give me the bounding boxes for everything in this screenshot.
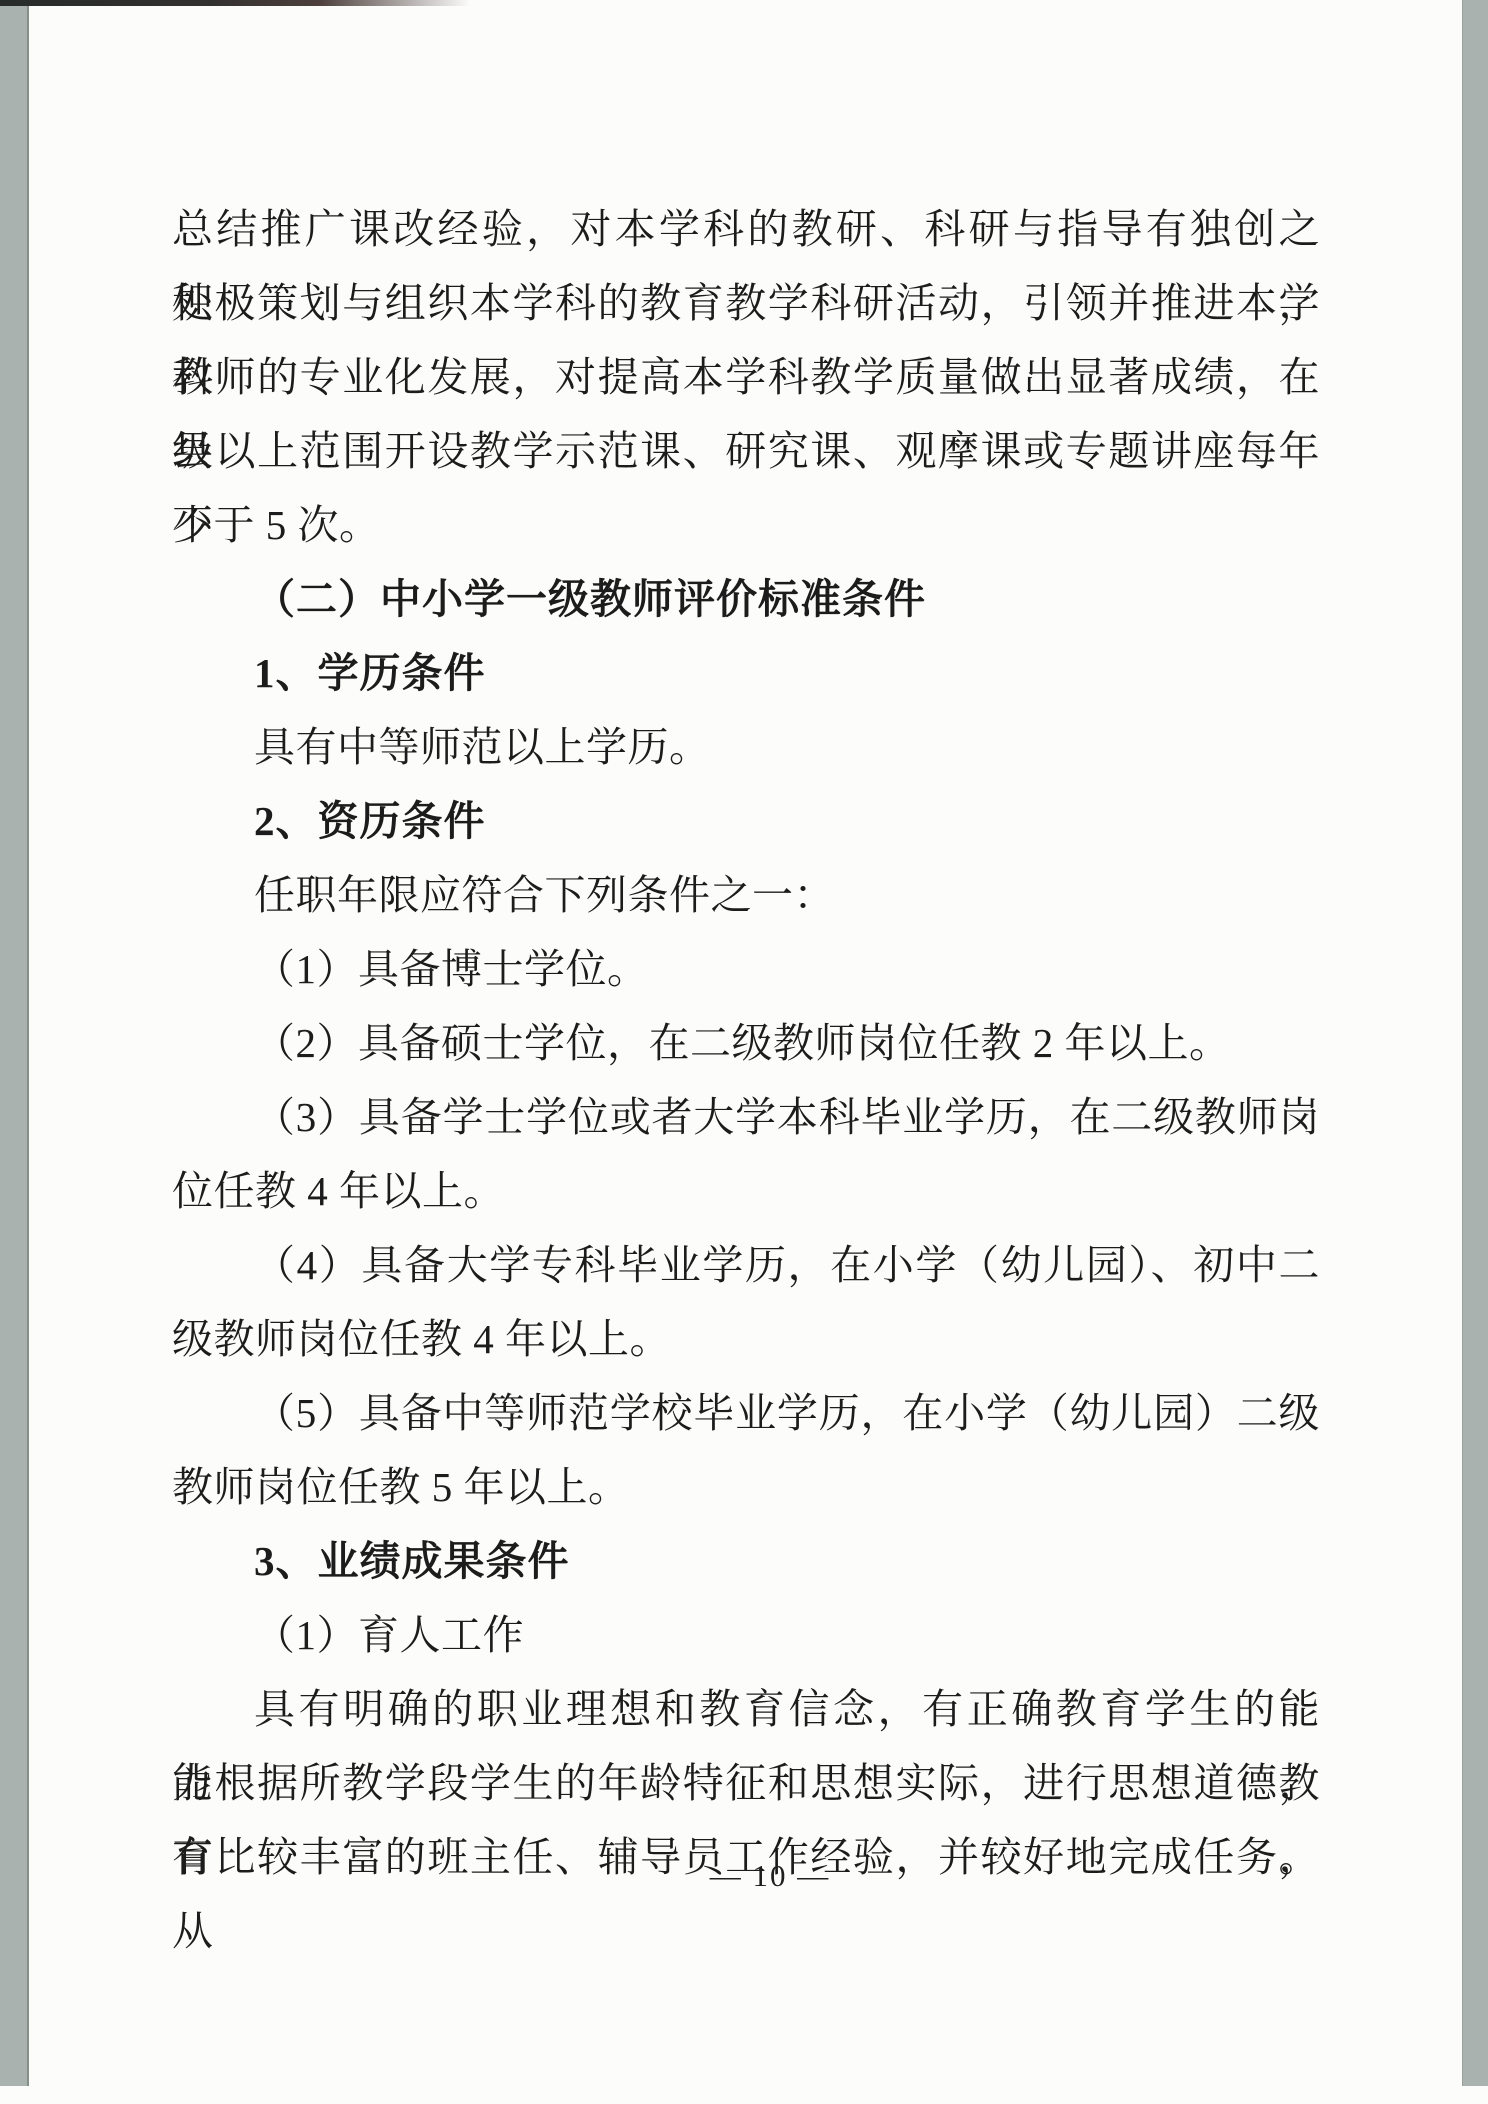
text-line: 总结推广课改经验，对本学科的教研、科研与指导有独创之处， (172, 192, 1320, 266)
text-line: 任职年限应符合下列条件之一： (172, 858, 1320, 932)
text-line: 少于 5 次。 (172, 488, 1320, 562)
list-item: （2）具备硕士学位，在二级教师岗位任教 2 年以上。 (172, 1006, 1320, 1080)
subsection-heading: 2、资历条件 (172, 784, 1320, 858)
list-item: （5）具备中等师范学校毕业学历，在小学（幼儿园）二级 (172, 1376, 1320, 1450)
list-item: （1）具备博士学位。 (172, 932, 1320, 1006)
page-number: — 10 — (170, 1858, 1370, 1894)
text-line: 级以上范围开设教学示范课、研究课、观摩课或专题讲座每年不 (172, 414, 1320, 488)
document-page: 总结推广课改经验，对本学科的教研、科研与指导有独创之处， 积极策划与组织本学科的… (0, 0, 1488, 2104)
subsection-heading: 3、业绩成果条件 (172, 1524, 1320, 1598)
scan-edge-left (0, 0, 29, 2086)
list-item: （4）具备大学专科毕业学历，在小学（幼儿园）、初中二 (172, 1228, 1320, 1302)
text-line: 具有明确的职业理想和教育信念，有正确教育学生的能力， (172, 1672, 1320, 1746)
scan-edge-top (0, 0, 470, 6)
list-item: （1）育人工作 (172, 1598, 1320, 1672)
text-line: 具有中等师范以上学历。 (172, 710, 1320, 784)
text-line: 级教师岗位任教 4 年以上。 (172, 1302, 1320, 1376)
text-line: 教师岗位任教 5 年以上。 (172, 1450, 1320, 1524)
section-heading: （二）中小学一级教师评价标准条件 (172, 562, 1320, 636)
text-line: 积极策划与组织本学科的教育教学科研活动，引领并推进本学科 (172, 266, 1320, 340)
text-line: 位任教 4 年以上。 (172, 1154, 1320, 1228)
text-line: 能根据所教学段学生的年龄特征和思想实际，进行思想道德教育， (172, 1746, 1320, 1820)
document-body: 总结推广课改经验，对本学科的教研、科研与指导有独创之处， 积极策划与组织本学科的… (172, 192, 1320, 1894)
list-item: （3）具备学士学位或者大学本科毕业学历，在二级教师岗 (172, 1080, 1320, 1154)
scan-edge-right (1462, 0, 1488, 2086)
text-line: 教师的专业化发展，对提高本学科教学质量做出显著成绩，在县 (172, 340, 1320, 414)
subsection-heading: 1、学历条件 (172, 636, 1320, 710)
